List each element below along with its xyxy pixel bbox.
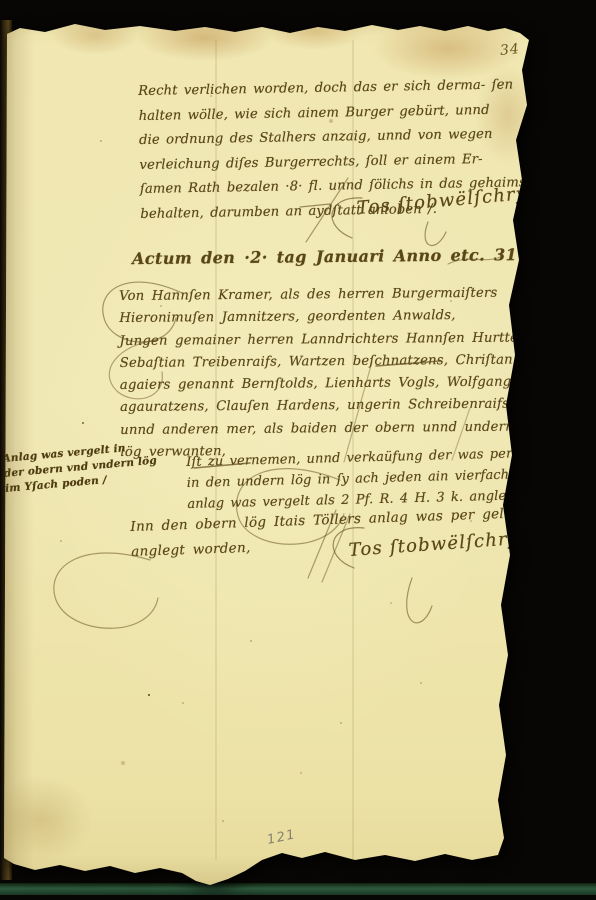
paper-speckles — [0, 0, 2, 2]
manuscript-page: 34 Recht verlichen worden, doch das er s… — [0, 0, 596, 900]
photograph-backdrop: 34 Recht verlichen worden, doch das er s… — [0, 0, 596, 900]
entry2-line: Von Hannſen Kramer, als des herren Burge… — [119, 282, 536, 308]
resolution-paragraph: Iſt zu vernemen, unnd verkaüfung der was… — [186, 442, 581, 515]
folio-number: 34 — [499, 41, 520, 59]
entry2-paragraph: Von Hannſen Kramer, als des herren Burge… — [119, 282, 537, 464]
entry2-line: agauratzens, Clauſen Hardens, ungerin Sc… — [120, 394, 537, 420]
manuscript-page-wrap: 34 Recht verlichen worden, doch das er s… — [0, 0, 596, 900]
entry2-line: unnd anderen mer, als baiden der obern u… — [120, 416, 537, 442]
